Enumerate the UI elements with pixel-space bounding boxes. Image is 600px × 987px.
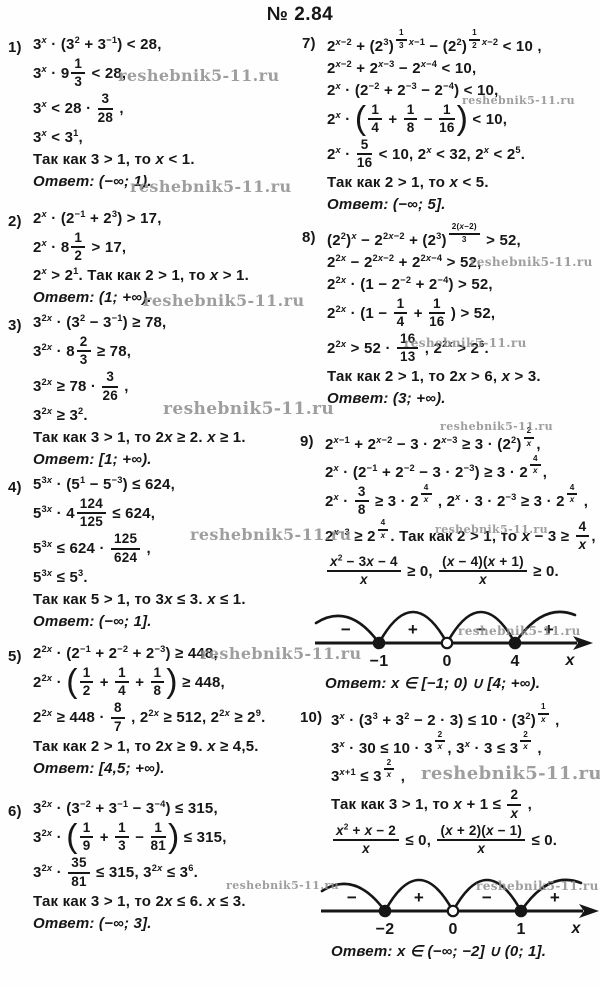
answer-line: Ответ: (−∞; 3]. [33, 915, 327, 934]
math-line: 22x · (12 + 14 + 18) ≥ 448, [33, 667, 327, 699]
math-line: 3x < 31, [33, 129, 327, 148]
fraction: 2(x−2)3 [449, 223, 480, 244]
fraction: 12 [71, 231, 85, 263]
fraction: 116 [439, 103, 454, 135]
fraction: 2x [520, 731, 531, 752]
math-line: 2x · (2−2 + 2−3 − 2−4) < 10, [327, 82, 600, 101]
fraction: 14 [368, 103, 382, 135]
math-line: 3x < 28 · 328 , [33, 93, 327, 125]
math-line: Так как 5 > 1, то 3x ≤ 3. x ≤ 1. [33, 591, 327, 610]
fraction: 328 [98, 92, 113, 124]
problem-10: 10)3x · (33 + 32 − 2 · 3) ≤ 10 · (32)1x … [300, 706, 600, 965]
problem-3: 3)32x · (32 − 3−1) ≥ 78,32x · 823 ≥ 78,3… [8, 314, 327, 473]
fraction: x2 − 3x − 4x [327, 555, 401, 587]
fraction: 4x [530, 455, 541, 476]
fraction: 2x [507, 788, 521, 820]
sign-label: + [408, 620, 418, 639]
answer-line: Ответ: (−∞; 1). [33, 173, 327, 192]
problem-9: 9)2x−1 + 2x−2 − 3 · 2x−3 ≥ 3 · (22)2x,2x… [300, 430, 600, 697]
math-line: 2x > 21. Так как 2 > 1, то x > 1. [33, 267, 327, 286]
math-line: 2x · 812 > 17, [33, 232, 327, 264]
math-line: Так как 3 > 1, то x < 1. [33, 151, 327, 170]
problem-number: 7) [302, 35, 316, 54]
fraction: 1x [538, 703, 549, 724]
math-line: 32x · 3581 ≤ 315, 32x ≤ 36. [33, 857, 327, 889]
fraction: 4x [378, 519, 389, 540]
problem-number: 3) [8, 317, 22, 336]
math-line: 3x · 913 < 28, [33, 58, 327, 90]
fraction: (x + 2)(x − 1)x [437, 824, 525, 856]
number-line: −+−+−104x [313, 593, 599, 673]
math-line: Так как 2 > 1, то 2x > 6, x > 3. [327, 368, 600, 387]
number-line: −+−+−201x [319, 861, 600, 941]
fraction: 2x [524, 427, 535, 448]
sign-label: + [544, 620, 554, 639]
answer-line: Ответ: [1; +∞). [33, 451, 327, 470]
sign-label: − [476, 620, 486, 639]
problem-number: 6) [8, 803, 22, 822]
math-line: 53x · 4124125 ≤ 624, [33, 498, 327, 530]
fraction: (x − 4)(x + 1)x [439, 555, 527, 587]
math-line: 22x · (1 − 2−2 + 2−4) > 52, [327, 276, 600, 295]
math-line: Так как 3 > 1, то 2x ≤ 6. x ≤ 3. [33, 893, 327, 912]
fraction: 4x [421, 484, 432, 505]
problem-number: 5) [8, 648, 22, 667]
fraction: 124125 [77, 497, 106, 529]
filled-point [516, 906, 526, 916]
filled-point [374, 637, 384, 647]
fraction: 13 [396, 29, 407, 50]
answer-line: Ответ: (1; +∞). [33, 289, 327, 308]
point-label: 0 [442, 653, 451, 670]
fraction: 3581 [68, 856, 89, 888]
math-line: 2x−2 + 2x−3 − 2x−4 < 10, [327, 60, 600, 79]
math-line: 53x · (51 − 5−3) ≤ 624, [33, 476, 327, 495]
fraction: 4x [576, 520, 590, 552]
answer-line: Ответ: x ∈ (−∞; −2] ∪ (0; 1]. [331, 943, 600, 962]
fraction: 116 [429, 297, 444, 329]
math-line: Так как 2 > 1, то 2x ≥ 9. x ≥ 4,5. [33, 738, 327, 757]
fraction: 14 [115, 666, 129, 698]
math-line: 53x ≤ 53. [33, 569, 327, 588]
math-line: Так как 3 > 1, то x + 1 ≤ 2x , [331, 789, 600, 821]
fraction: 23 [77, 335, 91, 367]
solutions-page: № 2.84 1)3x · (32 + 3−1) < 28,3x · 913 <… [0, 0, 600, 987]
answer-line: Ответ: x ∈ [−1; 0) ∪ [4; +∞). [325, 675, 600, 694]
math-line: (22)x − 22x−2 + (23)2(x−2)3 > 52, [327, 226, 600, 251]
axis-label: x [564, 652, 575, 669]
math-line: 32x · (19 + 13 − 181) ≤ 315, [33, 822, 327, 854]
math-line: 2x−2 + (23)13x−1 − (22)12x−2 < 10 , [327, 32, 600, 57]
sign-label: − [482, 888, 492, 907]
fraction: 181 [151, 821, 166, 853]
math-line: 32x · 823 ≥ 78, [33, 336, 327, 368]
math-line: 2x−1 + 2x−2 − 3 · 2x−3 ≥ 3 · (22)2x, [325, 430, 600, 455]
sign-label: + [414, 888, 424, 907]
math-line: 2x · 516 < 10, 2x < 32, 2x < 25. [327, 139, 600, 171]
math-line: 2x · (2−1 + 2−2 − 3 · 2−3) ≥ 3 · 24x, [325, 458, 600, 483]
answer-line: Ответ: (−∞; 1]. [33, 613, 327, 632]
fraction: 1613 [397, 332, 418, 364]
fraction: 18 [151, 666, 165, 698]
sign-label: − [341, 620, 351, 639]
answer-line: Ответ: (−∞; 5]. [327, 196, 600, 215]
sign-label: + [550, 888, 560, 907]
fraction: 4x [567, 484, 578, 505]
problem-number: 9) [300, 433, 314, 452]
point-label: 1 [516, 921, 525, 938]
fraction: 125624 [111, 532, 140, 564]
open-point [448, 906, 458, 916]
math-line: x2 − 3x − 4x ≥ 0, (x − 4)(x + 1)x ≥ 0. [325, 556, 600, 588]
point-label: −1 [370, 653, 389, 670]
problem-number: 8) [302, 229, 316, 248]
filled-point [380, 906, 390, 916]
fraction: 13 [115, 821, 129, 853]
math-line: 22x − 22x−2 + 22x−4 > 52, [327, 254, 600, 273]
math-line: x2 + x − 2x ≤ 0, (x + 2)(x − 1)x ≤ 0. [331, 825, 600, 857]
fraction: 14 [394, 297, 408, 329]
math-line: 3x · (33 + 32 − 2 · 3) ≤ 10 · (32)1x , [331, 706, 600, 731]
math-line: Так как 2 > 1, то x < 5. [327, 174, 600, 193]
math-line: 2x · 38 ≥ 3 · 24x , 2x · 3 · 2−3 ≥ 3 · 2… [325, 486, 600, 518]
math-line: 2x · (14 + 18 − 116) < 10, [327, 104, 600, 136]
point-label: −2 [376, 921, 395, 938]
problem-2: 2)2x · (2−1 + 23) > 17,2x · 812 > 17,2x … [8, 210, 327, 311]
math-line: 3x · 30 ≤ 10 · 32x, 3x · 3 ≤ 32x , [331, 734, 600, 759]
problem-8: 8)(22)x − 22x−2 + (23)2(x−2)3 > 52,22x −… [302, 226, 600, 412]
sign-label: − [347, 888, 357, 907]
problem-7: 7)2x−2 + (23)13x−1 − (22)12x−2 < 10 ,2x−… [302, 32, 600, 218]
math-line: 3x · (32 + 3−1) < 28, [33, 36, 327, 55]
fraction: 516 [357, 138, 372, 170]
fraction: 12 [80, 666, 94, 698]
math-line: 32x ≥ 32. [33, 407, 327, 426]
math-line: 2x−3 ≥ 24x. Так как 2 > 1, то x − 3 ≥ 4x… [325, 521, 600, 553]
problem-6: 6)32x · (3−2 + 3−1 − 3−4) ≤ 315,32x · (1… [8, 800, 327, 937]
answer-line: Ответ: [4,5; +∞). [33, 760, 327, 779]
math-line: 22x > 52 · 1613 , 22x > 26. [327, 333, 600, 365]
fraction: 12 [469, 29, 480, 50]
axis-label: x [570, 920, 581, 937]
problem-1: 1)3x · (32 + 3−1) < 28,3x · 913 < 28,3x … [8, 36, 327, 195]
fraction: 13 [71, 57, 85, 89]
math-line: 22x · (1 − 14 + 116 ) > 52, [327, 298, 600, 330]
fraction: 326 [102, 370, 117, 402]
point-label: 0 [448, 921, 457, 938]
open-point [442, 637, 452, 647]
fraction: 18 [404, 103, 418, 135]
problem-number: 4) [8, 479, 22, 498]
problem-number: 10) [300, 709, 322, 728]
fraction: 38 [355, 485, 369, 517]
math-line: 3x+1 ≤ 32x , [331, 762, 600, 787]
math-line: 2x · (2−1 + 23) > 17, [33, 210, 327, 229]
point-label: 4 [510, 653, 519, 670]
problem-number: 2) [8, 213, 22, 232]
problem-number: 1) [8, 39, 22, 58]
fraction: 2x [435, 731, 446, 752]
fraction: 2x [384, 759, 395, 780]
answer-line: Ответ: (3; +∞). [327, 390, 600, 409]
problem-4: 4)53x · (51 − 5−3) ≤ 624,53x · 4124125 ≤… [8, 476, 327, 635]
math-line: 32x ≥ 78 · 326 , [33, 371, 327, 403]
problem-5: 5)22x · (2−1 + 2−2 + 2−3) ≥ 448,22x · (1… [8, 645, 327, 782]
math-line: Так как 3 > 1, то 2x ≥ 2. x ≥ 1. [33, 429, 327, 448]
page-title: № 2.84 [0, 4, 600, 26]
filled-point [510, 637, 520, 647]
fraction: x2 + x − 2x [333, 824, 399, 856]
math-line: 53x ≤ 624 · 125624 , [33, 533, 327, 565]
fraction: 19 [80, 821, 94, 853]
fraction: 87 [111, 701, 125, 733]
math-line: 32x · (32 − 3−1) ≥ 78, [33, 314, 327, 333]
math-line: 22x ≥ 448 · 87 , 22x ≥ 512, 22x ≥ 29. [33, 702, 327, 734]
